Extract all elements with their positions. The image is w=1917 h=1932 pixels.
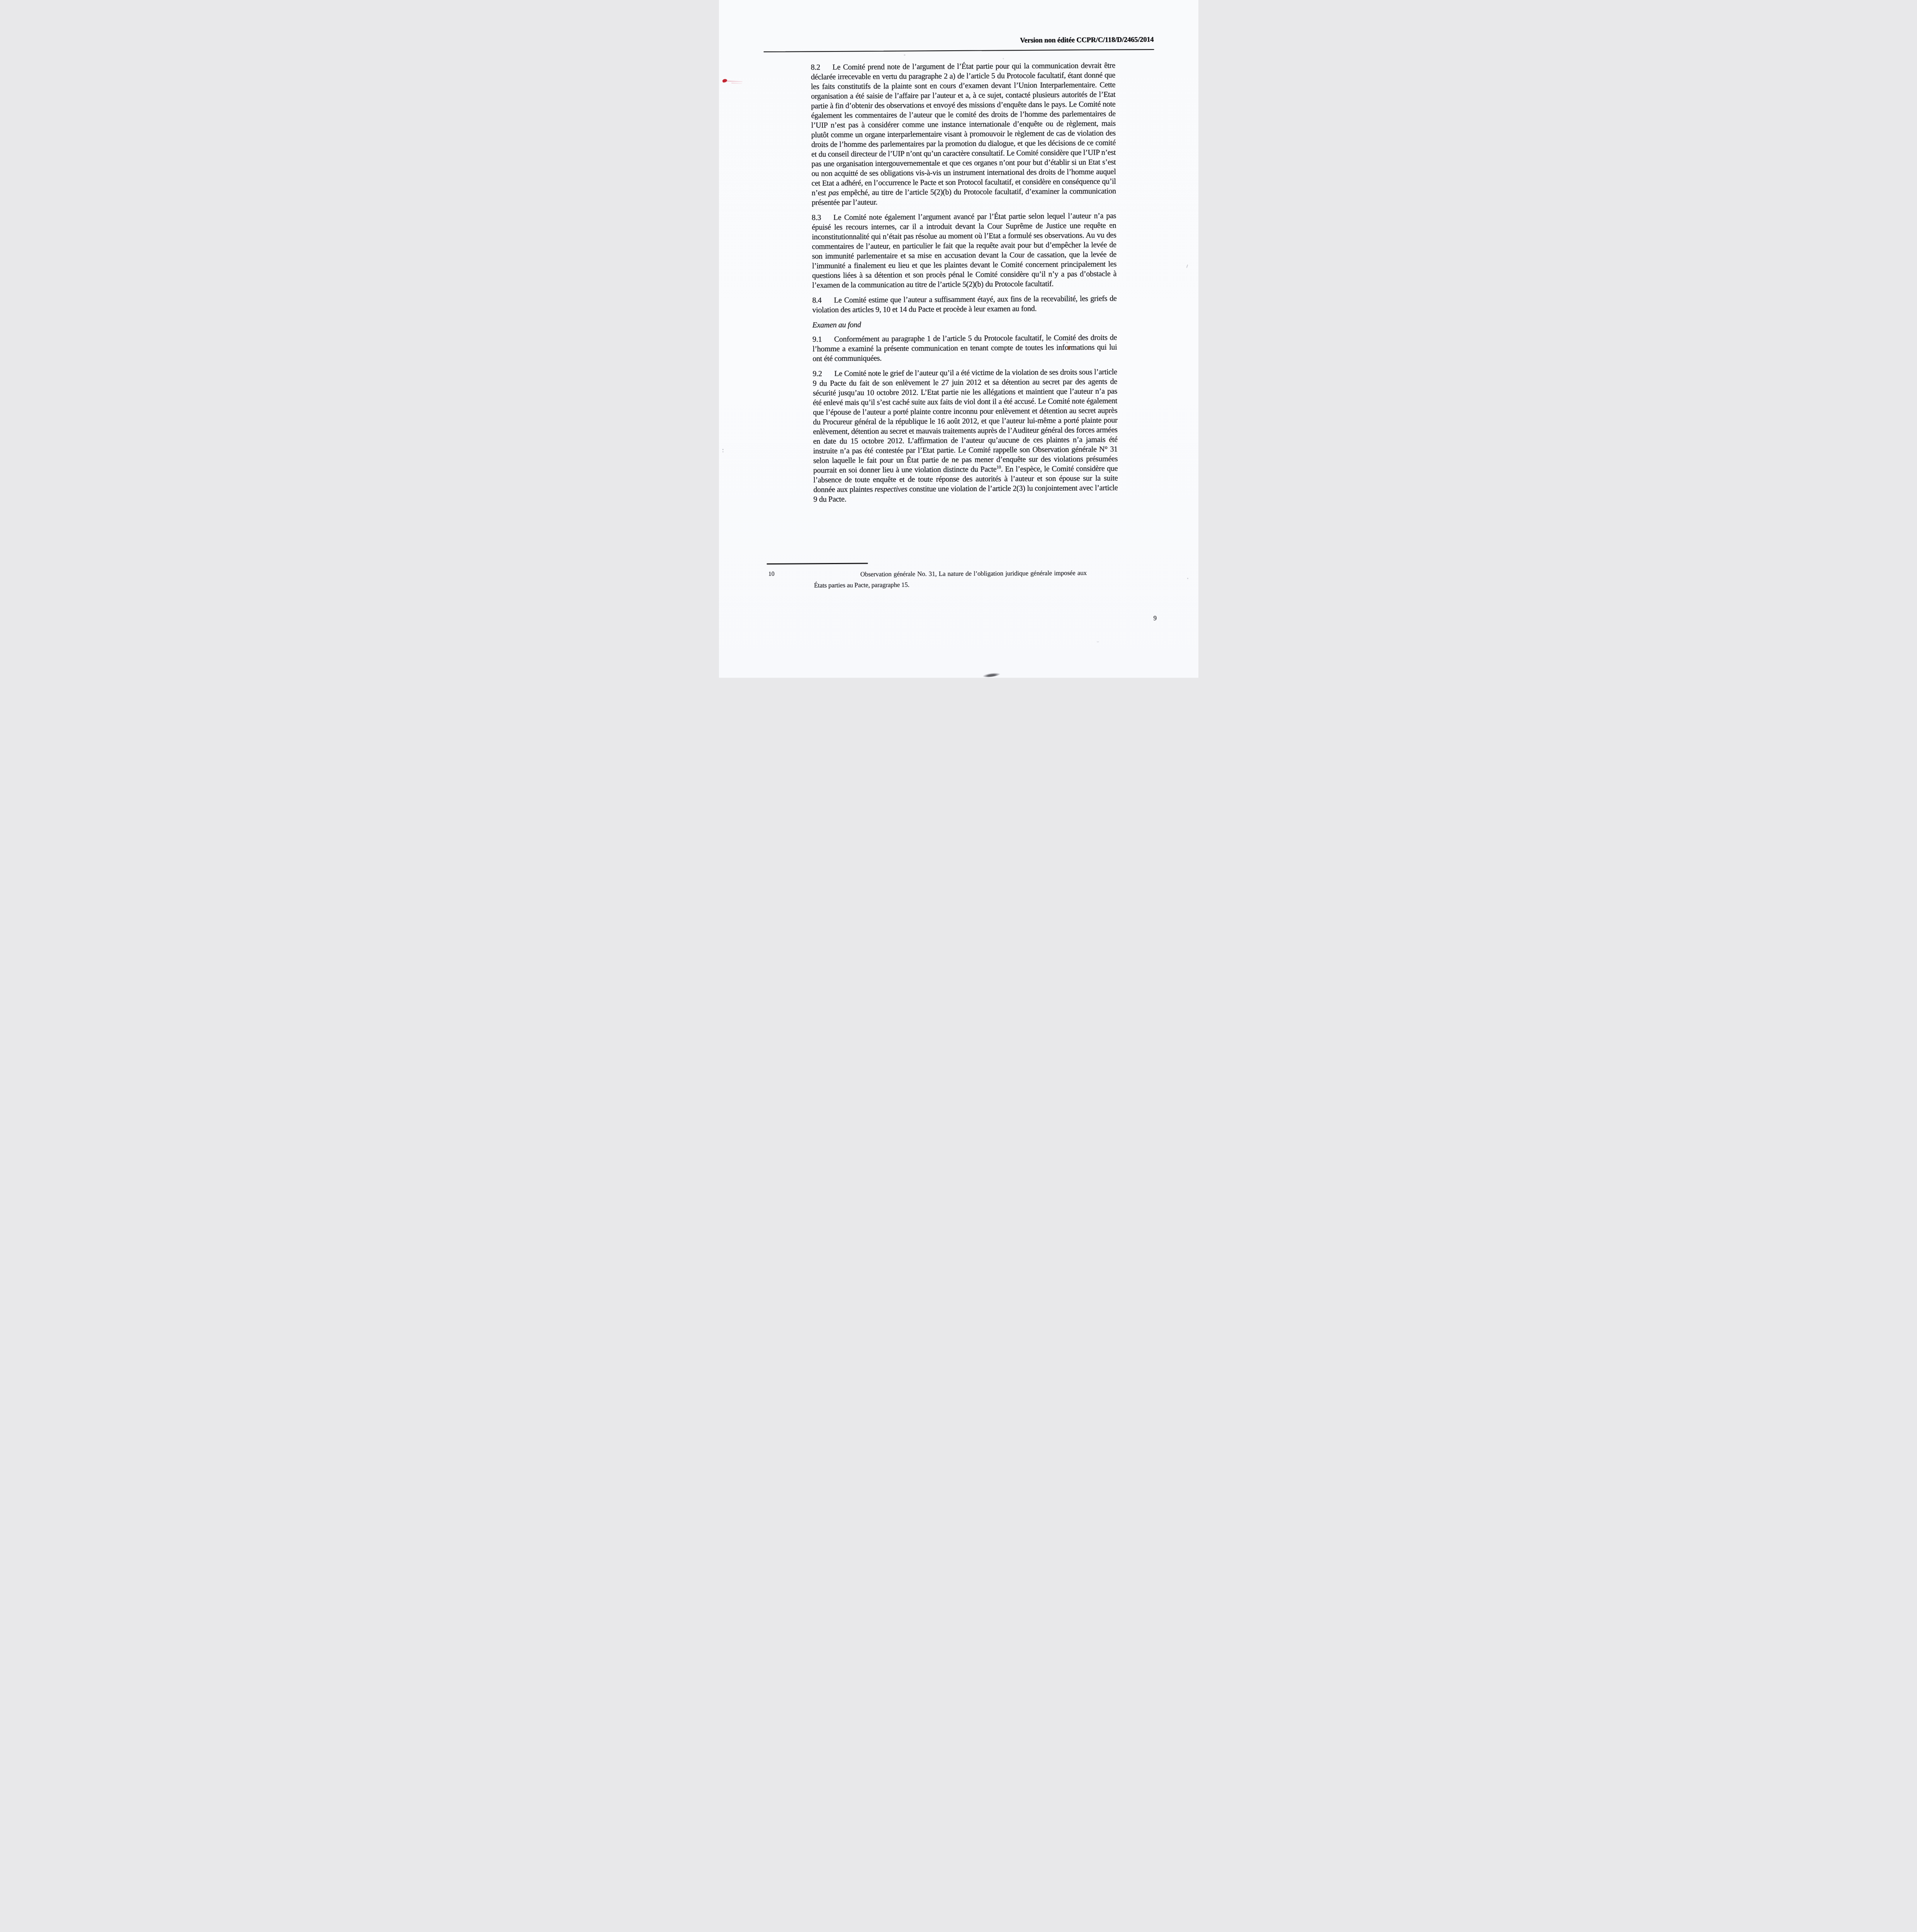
document-symbol-header: Version non éditée CCPR/C/118/D/2465/201… xyxy=(1020,36,1154,45)
paragraph-text: Le Comité prend note de l’argument de l’… xyxy=(811,61,1116,207)
paragraph-number: 8.3 xyxy=(812,213,833,223)
bottom-edge-smudge xyxy=(982,672,1000,678)
scan-speck xyxy=(1096,641,1099,642)
paragraph-text: Le Comité estime que l’auteur a suffisam… xyxy=(812,294,1117,315)
paragraph-number: 9.2 xyxy=(812,369,834,379)
paragraph-text: Conformément au paragraphe 1 de l’articl… xyxy=(812,333,1117,363)
scan-speck xyxy=(722,449,723,450)
section-heading-examen-au-fond: Examen au fond xyxy=(812,318,1117,330)
footnote-separator-rule xyxy=(766,563,868,564)
paragraph-9-1: 9.1Conformément au paragraphe 1 de l’art… xyxy=(812,333,1117,364)
paragraph-number: 9.1 xyxy=(812,335,834,344)
footnote-number: 10 xyxy=(768,571,774,578)
paragraph-8-3: 8.3Le Comité note également l’argument a… xyxy=(812,211,1117,291)
paragraph-8-4: 8.4Le Comité estime que l’auteur a suffi… xyxy=(812,294,1117,315)
scan-speck xyxy=(1186,264,1188,268)
scan-speck xyxy=(1003,58,1004,59)
red-ink-streak xyxy=(727,81,742,82)
document-body: 8.2Le Comité prend note de l’argument de… xyxy=(811,61,1118,510)
header-rule xyxy=(763,49,1154,52)
paragraph-text: Le Comité note également l’argument avan… xyxy=(812,212,1117,290)
paragraph-number: 8.2 xyxy=(811,63,832,72)
paragraph-8-2: 8.2Le Comité prend note de l’argument de… xyxy=(811,61,1116,208)
scan-content: Version non éditée CCPR/C/118/D/2465/201… xyxy=(719,0,1198,678)
paragraph-text: Le Comité note le grief de l’auteur qu’i… xyxy=(812,367,1118,503)
page-number: 9 xyxy=(1153,614,1157,622)
footnote-text: Observation générale No. 31, La nature d… xyxy=(814,568,1086,590)
red-ink-streak-faint xyxy=(731,83,742,84)
red-ink-mark xyxy=(722,78,727,83)
paragraph-number: 8.4 xyxy=(812,296,834,305)
paragraph-9-2: 9.2Le Comité note le grief de l’auteur q… xyxy=(812,367,1118,504)
scan-speck xyxy=(904,54,905,56)
scan-speck xyxy=(1187,578,1188,579)
scanned-document-page: Version non éditée CCPR/C/118/D/2465/201… xyxy=(719,0,1198,678)
brown-stain-dot xyxy=(1066,342,1068,343)
